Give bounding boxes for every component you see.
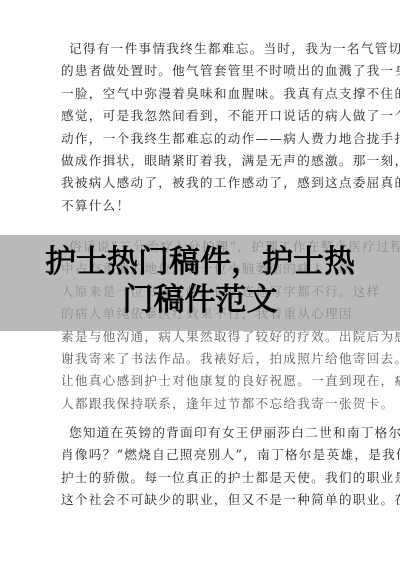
text-line: 记得有一件事情我终生都难忘。当时，我为一名气管切开 [61, 38, 341, 60]
text-line: 护士的骄傲。每一位真正的护士都是天使。我们的职业是 [61, 467, 341, 489]
text-line: 人都跟我保持联系，逢年过节都不忘给我寄一张贺卡。 [61, 393, 341, 415]
paragraph-3: 您知道在英镑的背面印有女王伊丽莎白二世和南丁格尔的 肖像吗？“燃烧自己照亮别人”… [61, 422, 341, 512]
title-line-1: 护士热门稿件，护士热 [0, 243, 400, 281]
text-line: 感觉，可是我忽然间看到，不能开口说话的病人做了一个 [61, 105, 341, 127]
text-line: 做成作揖状，眼睛紧盯着我，满是无声的感激。那一刻， [61, 150, 341, 172]
text-line: 肖像吗？“燃烧自己照亮别人”，南丁格尔是英雄，是我们 [61, 444, 341, 466]
text-line: 不算什么！ [61, 195, 341, 217]
text-line: 您知道在英镑的背面印有女王伊丽莎白二世和南丁格尔的 [61, 422, 341, 444]
text-line: 这个社会不可缺少的职业，但又不是一种简单的职业。在 [61, 489, 341, 511]
text-line: 我被病人感动了，被我的工作感动了，感到这点委屈真的 [61, 172, 341, 194]
title-line-2: 门稿件范文 [0, 281, 400, 319]
text-line: 一脸，空气中弥漫着臭味和血腥味。我真有点支撑不住的 [61, 83, 341, 105]
text-line: 谢我寄来了书法作品。我裱好后，拍成照片给他寄回去。 [61, 348, 341, 370]
text-line: 的患者做处置时。他气管套管里不时喷出的血溅了我一身 [61, 60, 341, 82]
text-line: 动作，一个我终生都难忘的动作——病人费力地合拢手指 [61, 128, 341, 150]
page-title: 护士热门稿件，护士热 门稿件范文 [0, 243, 400, 319]
paragraph-1: 记得有一件事情我终生都难忘。当时，我为一名气管切开 的患者做处置时。他气管套管里… [61, 38, 341, 217]
text-line: 让他真心感到护士对他康复的良好祝愿。一直到现在，病 [61, 370, 341, 392]
